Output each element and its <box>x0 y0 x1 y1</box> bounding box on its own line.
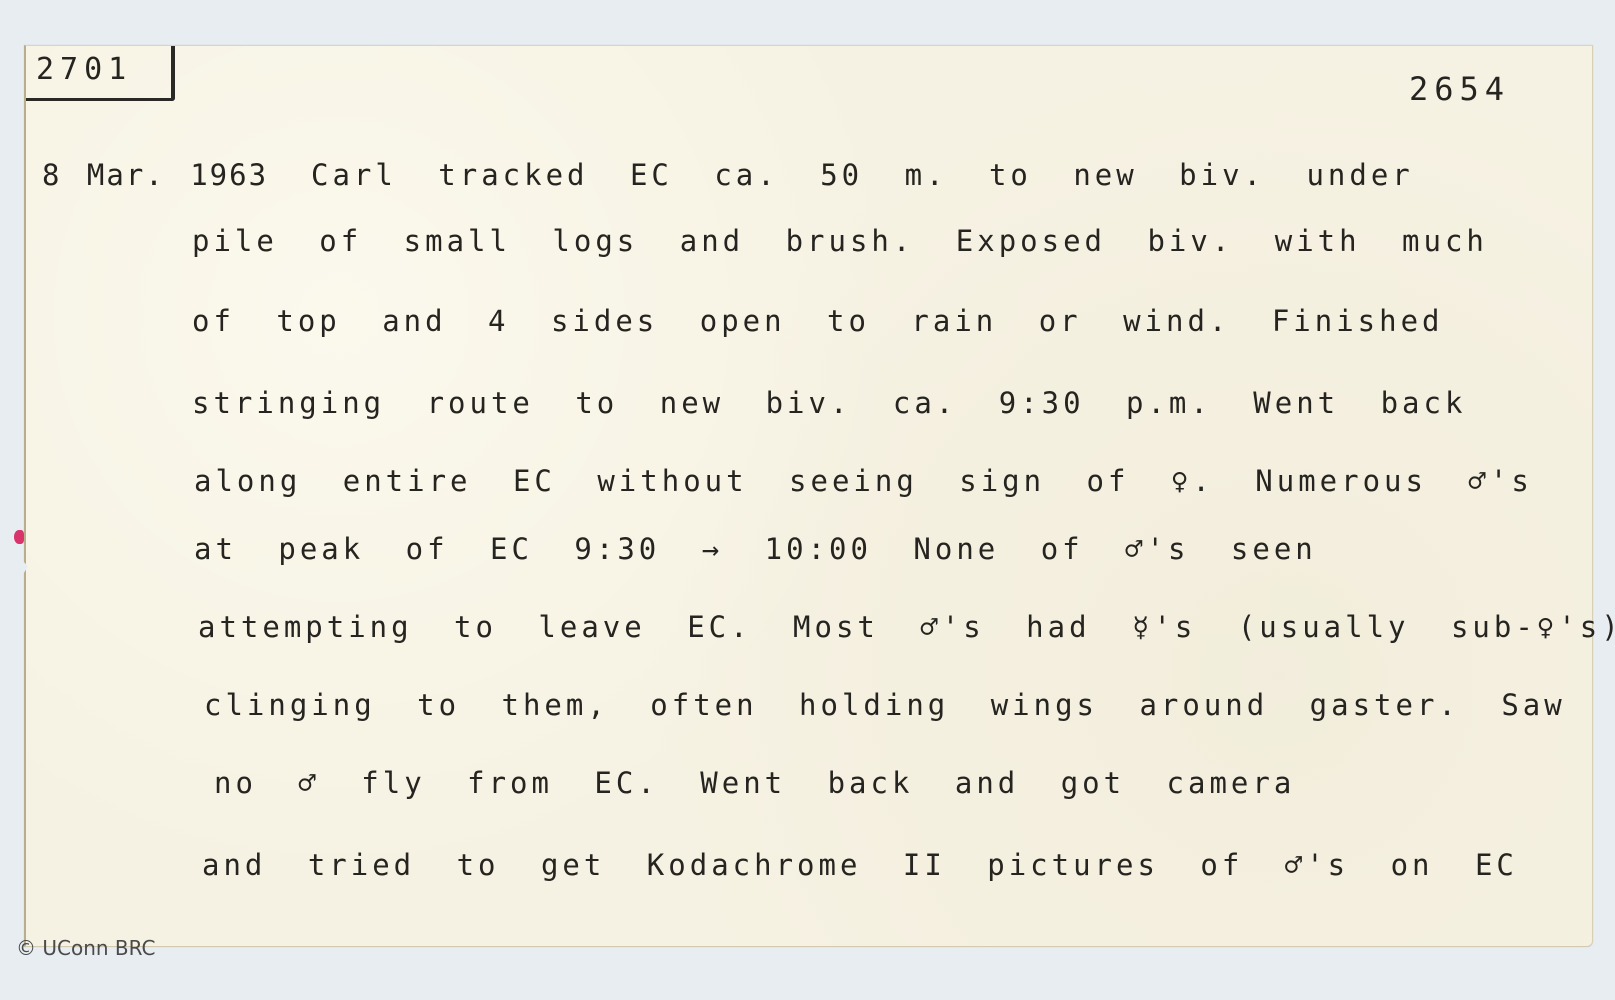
copyright-caption: © UConn BRC <box>16 936 156 960</box>
note-line-8: clinging to them, often holding wings ar… <box>204 688 1566 722</box>
red-ink-mark <box>14 530 24 544</box>
card-number: 2701 <box>36 52 132 87</box>
note-line-3: of top and 4 sides open to rain or wind.… <box>192 304 1444 338</box>
record-number: 2654 <box>1409 70 1510 108</box>
note-line-10: and tried to get Kodachrome II pictures … <box>202 848 1518 882</box>
note-line-6: at peak of EC 9:30 → 10:00 None of ♂'s s… <box>194 532 1317 566</box>
note-line-1: Carl tracked EC ca. 50 m. to new biv. un… <box>311 158 1414 192</box>
note-line-5: along entire EC without seeing sign of ♀… <box>194 464 1533 498</box>
note-line-4: stringing route to new biv. ca. 9:30 p.m… <box>192 386 1466 420</box>
image-viewer: 2701 2654 8 Mar. 1963 Carl tracked EC ca… <box>0 0 1615 1000</box>
note-line-7: attempting to leave EC. Most ♂'s had ☿'s… <box>198 610 1615 644</box>
entry-date: 8 Mar. 1963 <box>42 158 268 192</box>
field-notes-card: 2701 2654 8 Mar. 1963 Carl tracked EC ca… <box>24 45 1593 947</box>
note-line-2: pile of small logs and brush. Exposed bi… <box>192 224 1488 258</box>
note-line-9: no ♂ fly from EC. Went back and got came… <box>214 766 1295 800</box>
